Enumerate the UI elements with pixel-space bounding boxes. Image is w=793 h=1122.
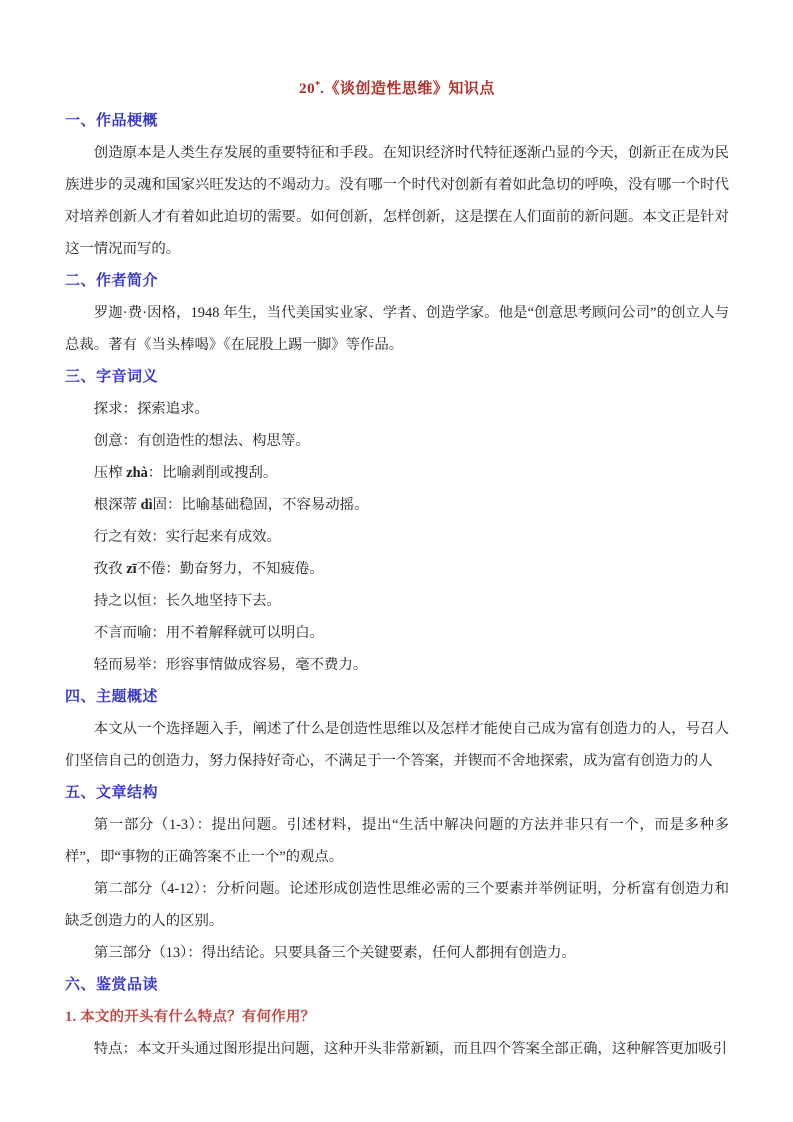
vocab-item: 创意：有创造性的想法、构思等。 [65,425,729,457]
document-title: 20*.《谈创造性思维》知识点 [65,70,729,105]
vocab-item: 持之以恒：长久地坚持下去。 [65,585,729,617]
vocab-text: 不言而喻：用不着解释就可以明白。 [94,625,324,641]
vocab-text: 固：比喻基础稳固，不容易动摇。 [153,497,369,513]
title-text: .《谈创造性思维》知识点 [320,81,495,97]
vocab-item: 不言而喻：用不着解释就可以明白。 [65,617,729,649]
section-pronunciation-meaning: 三、字音词义 探求：探索追求。 创意：有创造性的想法、构思等。 压榨 zhà：比… [65,361,729,681]
paragraph: 第二部分（4-12）：分析问题。论述形成创造性思维必需的三个要素并举例证明，分析… [65,873,729,937]
section-author-intro: 二、作者简介 罗迦·费·因格，1948 年生，当代美国实业家、学者、创造学家。他… [65,265,729,361]
vocab-pinyin: zhà [126,465,148,481]
vocab-text: 持之以恒：长久地坚持下去。 [94,593,281,609]
section-heading: 六、鉴赏品读 [65,969,729,1001]
vocab-text: 根深蒂 [94,497,141,513]
vocab-text: 创意：有创造性的想法、构思等。 [94,433,310,449]
lesson-number: 20 [299,81,315,97]
vocab-text: 不倦：勤奋努力，不知疲倦。 [137,561,324,577]
paragraph: 第三部分（13）：得出结论。只要具备三个关键要素，任何人都拥有创造力。 [65,937,729,969]
paragraph: 本文从一个选择题入手，阐述了什么是创造性思维以及怎样才能使自己成为富有创造力的人… [65,713,729,777]
section-article-structure: 五、文章结构 第一部分（1-3）：提出问题。引述材料，提出“生活中解决问题的方法… [65,777,729,969]
vocab-text: 探求：探索追求。 [94,401,209,417]
section-appreciation: 六、鉴赏品读 1. 本文的开头有什么特点？有何作用？ 特点：本文开头通过图形提出… [65,969,729,1065]
section-heading: 二、作者简介 [65,265,729,297]
paragraph: 创造原本是人类生存发展的重要特征和手段。在知识经济时代特征逐渐凸显的今天，创新正… [65,137,729,265]
vocab-item: 轻而易举：形容事情做成容易，毫不费力。 [65,649,729,681]
paragraph: 罗迦·费·因格，1948 年生，当代美国实业家、学者、创造学家。他是“创意思考顾… [65,297,729,361]
vocab-item: 根深蒂 dì固：比喻基础稳固，不容易动摇。 [65,489,729,521]
vocab-item: 探求：探索追求。 [65,393,729,425]
vocab-pinyin: zī [126,561,136,577]
vocab-text: 孜孜 [94,561,126,577]
vocab-pinyin: dì [141,497,153,513]
vocab-text: 轻而易举：形容事情做成容易，毫不费力。 [94,657,367,673]
vocab-item: 行之有效：实行起来有成效。 [65,521,729,553]
section-heading: 五、文章结构 [65,777,729,809]
vocab-item: 压榨 zhà：比喻剥削或搜刮。 [65,457,729,489]
vocab-text: ：比喻剥削或搜刮。 [148,465,278,481]
vocab-text: 压榨 [94,465,126,481]
paragraph: 第一部分（1-3）：提出问题。引述材料，提出“生活中解决问题的方法并非只有一个，… [65,809,729,873]
vocab-item: 孜孜 zī不倦：勤奋努力，不知疲倦。 [65,553,729,585]
section-heading: 一、作品梗概 [65,105,729,137]
section-heading: 四、主题概述 [65,681,729,713]
vocab-text: 行之有效：实行起来有成效。 [94,529,281,545]
document-page: 20*.《谈创造性思维》知识点 一、作品梗概 创造原本是人类生存发展的重要特征和… [0,0,793,1122]
section-heading: 三、字音词义 [65,361,729,393]
paragraph: 特点：本文开头通过图形提出问题，这种开头非常新颖，而且四个答案全部正确，这种解答… [65,1033,729,1065]
question-heading: 1. 本文的开头有什么特点？有何作用？ [65,1001,729,1033]
section-work-summary: 一、作品梗概 创造原本是人类生存发展的重要特征和手段。在知识经济时代特征逐渐凸显… [65,105,729,265]
section-theme-overview: 四、主题概述 本文从一个选择题入手，阐述了什么是创造性思维以及怎样才能使自己成为… [65,681,729,777]
